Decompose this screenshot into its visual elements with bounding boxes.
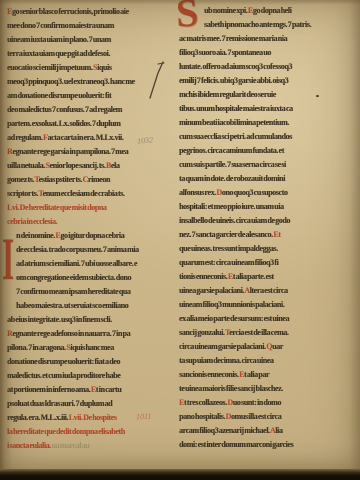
text-segment: mchis ibidem regularit deo seruie <box>179 90 276 99</box>
text-segment: t in cartu <box>96 385 122 394</box>
text-segment: iquis hanc mea <box>70 343 114 352</box>
text-segment: alfonsus rex. <box>179 188 216 197</box>
text-segment: enior lope sancij. ts. <box>50 161 106 170</box>
manuscript-line: hospitali: et meo ppio iure. unam uia <box>179 200 345 214</box>
decorated-initial-i: I <box>2 228 14 290</box>
manuscript-line: Ego senior blasco ferrucionis, primolio … <box>7 5 173 19</box>
manuscript-line: minum beati iacobi limina petentium. <box>179 116 345 130</box>
manuscript-line: domi: est inter domum marconi garcies <box>179 438 345 452</box>
manuscript-line: de ecclesia. trado corpus meu. 7 anima m… <box>7 243 173 257</box>
text-segment: psoluat duas ldras auri. 7 duplum ad <box>7 399 112 408</box>
text-segment: partem. exsoluat. Lx. solidos. 7 duplum <box>7 119 120 128</box>
text-segment: ela <box>111 161 120 170</box>
manuscript-line: filioq3 suoro aia. 7 spontanea uo <box>179 46 345 60</box>
manuscript-line: habeo maiestra. ut seruiat sco emiliano <box>7 299 173 313</box>
text-segment: Et <box>273 230 280 239</box>
text-segment: arcam filioq3 azenarij michael. <box>179 426 270 435</box>
text-segment: ad atrium sci emiliani. 7 ubi uosse alba… <box>16 259 137 268</box>
manuscript-line: at portionem in inferno ama. Et in cartu <box>7 383 173 397</box>
text-segment: iquis <box>97 63 111 72</box>
manuscript-page: I S Ego senior blasco ferrucionis, primo… <box>0 0 360 480</box>
manuscript-line: cum sua ecclia sci petri. ad cumulandos <box>179 130 345 144</box>
manuscript-line: la hereditate que dedit dompna elisabeth <box>7 425 173 439</box>
text-segment: egnante rege adefonso in nauarra. 7 in p… <box>12 329 130 338</box>
manuscript-line: Regnante rege garsia in pampilona. 7 mea <box>7 145 173 159</box>
manuscript-line: mchis ibidem regularit deo seruie <box>179 88 345 102</box>
text-segment: deo maledictus 7 confusus. 7 ad regalem <box>7 105 122 114</box>
text-segment: minum beati iacobi limina petentium. <box>179 118 289 127</box>
manuscript-line: uineam iuxta uiam in plano. 7 unam <box>7 33 173 47</box>
manuscript-line: emilij 7 felicis. ubiq3 garsie abbi. ois… <box>179 74 345 88</box>
text-segment: ta quam in dote. de robozauit domini <box>179 174 285 183</box>
text-segment: nez. 7 sancta garcier de alesanco. <box>179 230 273 239</box>
text-segment: t tres collazeos. <box>184 398 227 407</box>
manuscript-line: Regnante rege adefonso in nauarra. 7 in … <box>7 327 173 341</box>
manuscript-line: pano hospitalis. Domus illa est circa <box>179 410 345 424</box>
text-segment: at portionem in inferno ama. <box>7 385 91 394</box>
text-segment: habeo maiestra. ut seruiat sco emiliano <box>16 301 128 310</box>
text-segment: insalbello de uineis. circa uiam de godo <box>179 216 290 225</box>
manuscript-line: sabeth ipnomacho ante mgs. 7 patris. <box>179 18 345 32</box>
manuscript-line: circa uineam garsie palaciani. Quar <box>179 340 345 354</box>
text-segment: egnante rege garsia in pampilona. 7 mea <box>12 147 128 156</box>
text-segment: cum sua ecclia sci petri. ad cumulandos <box>179 132 292 141</box>
manuscript-line: 7 confirmo meam ipsam hereditate qua <box>7 285 173 299</box>
decorated-initial-s: S <box>175 0 199 34</box>
manuscript-line: pilona. 7 in aragona. Siquis hanc mea <box>7 341 173 355</box>
text-segment: estias pstiter ts. <box>39 175 83 184</box>
text-segment: ub nomine xpi. <box>204 6 248 15</box>
text-segment: go dopna heli <box>253 6 292 15</box>
text-segment: de ecclesia. trado corpus meu. 7 anima m… <box>16 245 139 254</box>
pencil-year-annotation: 1032 <box>137 135 154 145</box>
manuscript-line: i sancta eulalia. ua marcal au <box>7 439 173 453</box>
text-segment: tibus. unum hospitale maiestra iuxta ca <box>179 104 293 113</box>
text-segment: que uineas. tres sunt impaldeggas. <box>179 244 278 253</box>
text-segment: la hereditate que dedit dompna elisabeth <box>7 427 125 436</box>
manuscript-line: ub nomine xpi. Ego dopna heli <box>179 4 345 18</box>
text-segment: lia <box>275 426 282 435</box>
manuscript-line: ta quam in dote. de robozauit domini <box>179 172 345 186</box>
text-segment: go senior blasco ferrucionis, primolio a… <box>12 7 129 16</box>
manuscript-line: luntate. offero ad aium scoq3 cofessoq3 <box>179 60 345 74</box>
right-text-column: ub nomine xpi. Ego dopna helisabeth ipno… <box>179 4 345 452</box>
text-segment: filioq3 suoro aia. 7 spontanea uo <box>179 48 271 57</box>
manuscript-line: om congregatione eidem subiecta. dono <box>7 271 173 285</box>
manuscript-line: insalbello de uineis. circa uiam de godo <box>179 214 345 228</box>
manuscript-line: sancij gonzalui. Tercia est de illa cema… <box>179 326 345 340</box>
manuscript-line: scriptor ts. Tenum ecclesiam de crabia t… <box>7 187 173 201</box>
manuscript-line: ac matris mee. 7 remissione maria nia <box>179 32 345 46</box>
text-segment: ltera est circa <box>250 286 288 295</box>
manuscript-line: tibus. unum hospitale maiestra iuxta ca <box>179 102 345 116</box>
text-segment: te uinea maioris filie sancij blaschez. <box>179 384 283 393</box>
text-segment: uineam filioq3 munnionis palaciani. <box>179 300 284 309</box>
red-year-annotation: 1011 <box>136 412 152 422</box>
manuscript-line: ab eius integritate. usq3 in finem scli. <box>7 313 173 327</box>
text-segment: ua marcal au <box>51 441 89 450</box>
text-segment: quarum est: circa uineam filioq3 fi <box>179 258 278 267</box>
text-segment: n dei nomine. <box>16 231 55 240</box>
manuscript-line: que uineas. tres sunt impaldeggas. <box>179 242 345 256</box>
text-segment: enum ecclesiam de crabia ts. <box>43 189 125 198</box>
text-segment: domi: est inter domum marconi garcies <box>179 440 293 449</box>
text-segment: maledictus. et cum iuda proditore habe <box>7 371 120 380</box>
text-segment: ex alia meio parte de sursum: est uinea <box>179 314 289 323</box>
text-segment: scriptor ts. <box>7 189 38 198</box>
manuscript-line: nez. 7 sancta garcier de alesanco. Et <box>179 228 345 242</box>
text-segment: go igitur dopna cebria <box>60 231 124 240</box>
text-segment: ercia est de illa cema. <box>229 328 288 337</box>
text-segment: i sancta eulalia. <box>7 441 51 450</box>
manuscript-line: quarum est: circa uineam filioq3 fi <box>179 256 345 270</box>
manuscript-line: arcam filioq3 azenarij michael. Alia <box>179 424 345 438</box>
text-segment: hospitali: et meo ppio iure. unam uia <box>179 202 284 211</box>
text-segment: ad regulam. <box>7 133 43 142</box>
text-segment: mee dono 7 confirmo maiestra unam <box>7 21 114 30</box>
text-segment: ab eius integritate. usq3 in finem scli. <box>7 315 112 324</box>
manuscript-line: uilla netuala. Senior lope sancij. ts. B… <box>7 159 173 173</box>
text-segment: circa uineam garsie palaciani. <box>179 342 266 351</box>
text-segment: sabeth ipnomacho ante mgs. 7 patris. <box>204 20 311 29</box>
manuscript-line: tionis enneconis. Et alia parte. est <box>179 270 345 284</box>
manuscript-line: sancionis enneconis. Et alia par <box>179 368 345 382</box>
text-segment: emilij 7 felicis. ubiq3 garsie abbi. ois… <box>179 76 288 85</box>
ink-speck <box>316 95 319 97</box>
text-segment: meoq3 ppinquoq3. uel extraneoq3. hanc me <box>7 77 135 86</box>
text-segment: t alia parte. est <box>233 272 274 281</box>
text-segment: terra iuxta uiam que pgit ad defesoi. <box>7 49 110 58</box>
text-segment: pano hospitalis. <box>179 412 226 421</box>
manuscript-line: terra iuxta uiam que pgit ad defesoi. <box>7 47 173 61</box>
text-segment: donatione disrumpe uoluerit: fiat a deo <box>7 357 120 366</box>
text-segment: sancionis enneconis. <box>179 370 239 379</box>
manuscript-line: deo maledictus 7 confusus. 7 ad regalem <box>7 103 173 117</box>
manuscript-line: maledictus. et cum iuda proditore habe <box>7 369 173 383</box>
manuscript-line: Et tres collazeos. Duo sunt: in domo <box>179 396 345 410</box>
text-segment: luntate. offero ad aium scoq3 cofessoq3 <box>179 62 292 71</box>
text-segment: uo sunt: in domo <box>233 398 281 407</box>
manuscript-line: mee dono 7 confirmo maiestra unam <box>7 19 173 33</box>
text-segment: regula. era. M.L.x.iii. <box>7 413 69 422</box>
manuscript-line: pegrinos. circa caminum fundata. et <box>179 144 345 158</box>
text-segment: Lvi. De hereditate que misit dopna <box>7 203 106 212</box>
manuscript-line: donatione disrumpe uoluerit: fiat a deo <box>7 355 173 369</box>
manuscript-line: cebria in ecclesia. <box>7 215 173 229</box>
text-segment: am donatione disrumpe uoluerit: fit <box>7 91 111 100</box>
manuscript-line: Lvi. De hereditate que misit dopna <box>7 201 173 215</box>
text-segment: ta sup uiam decimna. circa uinea <box>179 356 274 365</box>
text-segment: rimeon <box>88 175 110 184</box>
text-segment: euocatio sci emilij impetuum. <box>7 63 93 72</box>
text-segment: ono quoq3 cu suposcto <box>222 188 288 197</box>
text-segment: tionis enneconis. <box>179 272 228 281</box>
manuscript-line: uinea garsie palaciani. Altera est circa <box>179 284 345 298</box>
manuscript-line: uineam filioq3 munnionis palaciani. <box>179 298 345 312</box>
text-segment: uilla netuala. <box>7 161 45 170</box>
text-segment: cebria in ecclesia. <box>7 217 57 226</box>
text-segment: pegrinos. circa caminum fundata. et <box>179 146 284 155</box>
text-segment: uinea garsie palaciani. <box>179 286 244 295</box>
manuscript-line: ex alia meio parte de sursum: est uinea <box>179 312 345 326</box>
manuscript-line: te uinea maioris filie sancij blaschez. <box>179 382 345 396</box>
text-segment: uineam iuxta uiam in plano. 7 unam <box>7 35 111 44</box>
manuscript-line: partem. exsoluat. Lx. solidos. 7 duplum <box>7 117 173 131</box>
photo-bottom-edge <box>0 469 360 480</box>
text-segment: t alia par <box>244 370 269 379</box>
manuscript-line: n dei nomine. Ego igitur dopna cebria <box>7 229 173 243</box>
text-segment: uar <box>272 342 283 351</box>
text-segment: ac matris mee. 7 remissione maria nia <box>179 34 287 43</box>
text-segment: cum suis partile. 7 sua serna circa se s… <box>179 160 286 169</box>
text-segment: omus illa est circa <box>231 412 281 421</box>
manuscript-line: alfonsus rex. Dono quoq3 cu suposcto <box>179 186 345 200</box>
text-segment: Lvii. De hospites <box>69 413 117 422</box>
gutter-insertion-mark-icon <box>148 60 166 102</box>
text-segment: acta carta in era. M.Lx.vii. <box>47 133 123 142</box>
text-segment: sancij gonzalui. <box>179 328 225 337</box>
manuscript-line: ad atrium sci emiliani. 7 ubi uosse alba… <box>7 257 173 271</box>
manuscript-line: psoluat duas ldras auri. 7 duplum ad <box>7 397 173 411</box>
text-segment: gomez ts. <box>7 175 34 184</box>
text-segment: pilona. 7 in aragona. <box>7 343 66 352</box>
manuscript-line: ta sup uiam decimna. circa uinea <box>179 354 345 368</box>
text-segment: 7 confirmo meam ipsam hereditate qua <box>16 287 130 296</box>
manuscript-line: cum suis partile. 7 sua serna circa se s… <box>179 158 345 172</box>
manuscript-line: gomez ts. Testias pstiter ts. Crimeon <box>7 173 173 187</box>
text-segment: om congregatione eidem subiecta. dono <box>16 273 131 282</box>
